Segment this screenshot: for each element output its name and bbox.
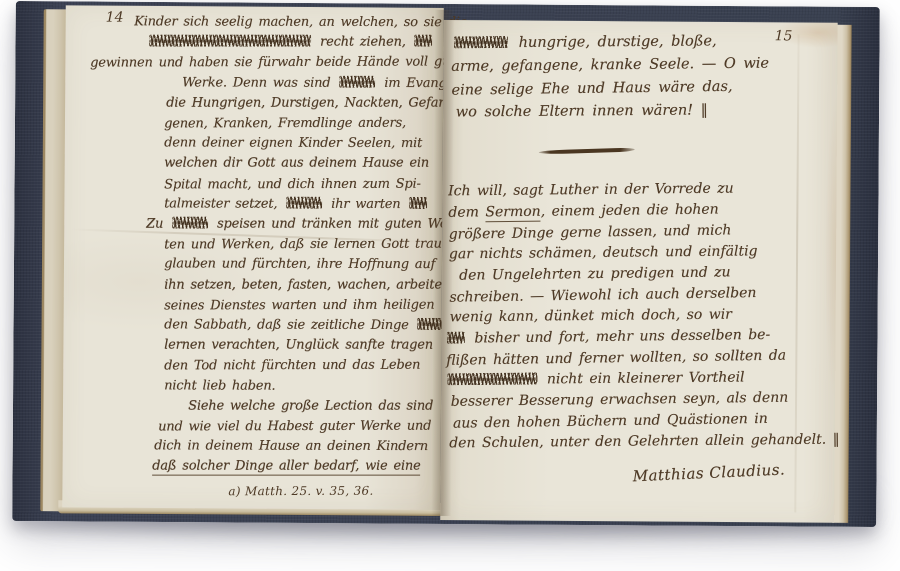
crossed-out-scribble bbox=[149, 35, 311, 47]
page-number-right: 15 bbox=[775, 28, 793, 44]
manuscript-line: die Hungrigen, Durstigen, Nackten, Gefan… bbox=[166, 93, 442, 113]
manuscript-line: glauben und fürchten, ihre Hoffnung auf bbox=[164, 255, 442, 276]
manuscript-line: Werke. Denn was sind im Evangelio bbox=[182, 73, 442, 94]
left-page: 14 Kinder sich seelig machen, an welchen… bbox=[62, 5, 443, 510]
manuscript-line: den Schulen, unter den Gelehrten allein … bbox=[449, 429, 840, 454]
right-page: 15 hungrige, durstige, bloße,arme, gefan… bbox=[440, 20, 837, 523]
crossed-out-scribble bbox=[415, 35, 433, 47]
crossed-out-scribble bbox=[454, 36, 508, 48]
crossed-out-scribble bbox=[339, 75, 375, 87]
manuscript-line: welchen dir Gott aus deinem Hause ein bbox=[164, 154, 442, 174]
photograph-backdrop: 14 Kinder sich seelig machen, an welchen… bbox=[0, 0, 900, 571]
handwritten-divider-stroke bbox=[539, 147, 635, 154]
manuscript-line: Ich will, sagt Luther in der Vorrede zu bbox=[448, 177, 837, 202]
manuscript-line: Zu speisen und tränken mit guten Wor- bbox=[146, 215, 442, 235]
manuscript-line: Siehe welche große Lection das sind bbox=[188, 397, 442, 417]
crossed-out-scribble bbox=[286, 196, 322, 208]
book-gutter bbox=[431, 10, 455, 516]
manuscript-line: und wie viel du Habest guter Werke und bbox=[158, 417, 442, 438]
manuscript-line: genen, Kranken, Fremdlinge anders, bbox=[164, 114, 442, 135]
right-page-paragraph-2: Ich will, sagt Luther in der Vorrede zud… bbox=[448, 177, 840, 455]
open-manuscript-book: 14 Kinder sich seelig machen, an welchen… bbox=[12, 1, 880, 527]
manuscript-line: ten und Werken, daß sie lernen Gott trau… bbox=[164, 235, 442, 256]
manuscript-line: dich in deinem Hause an deinen Kindern bbox=[154, 437, 442, 458]
underlined-text: daß solcher Dinge aller bedarf, wie eine bbox=[152, 459, 420, 476]
manuscript-line: hungrige, durstige, bloße, bbox=[451, 30, 769, 56]
footnote-citation: a) Matth. 25. v. 35, 36. bbox=[228, 484, 373, 499]
manuscript-line: den Tod nicht fürchten und das Leben bbox=[164, 356, 442, 377]
author-signature: Matthias Claudius. bbox=[632, 460, 785, 485]
manuscript-line: recht ziehen, bbox=[146, 33, 442, 53]
manuscript-line: seines Dienstes warten und ihm heiligen bbox=[164, 295, 442, 316]
manuscript-line: wenig kann, dünket mich doch, so wir bbox=[450, 303, 839, 328]
manuscript-line: denn deiner eignen Kinder Seelen, mit bbox=[164, 134, 442, 155]
manuscript-line: wo solche Eltern innen wären! ‖ bbox=[456, 99, 770, 125]
crossed-out-scribble bbox=[172, 217, 208, 229]
manuscript-line: den Sabbath, daß sie zeitliche Dinge bbox=[164, 315, 442, 336]
manuscript-line: ihn setzen, beten, fasten, wachen, arbei… bbox=[164, 275, 442, 295]
crossed-out-scribble bbox=[447, 372, 537, 385]
manuscript-line: lernen verachten, Unglück sanfte tragen bbox=[164, 336, 442, 356]
manuscript-line: arme, gefangene, kranke Seele. — O wie bbox=[451, 52, 769, 78]
manuscript-line: talmeister setzet, ihr warten bbox=[164, 194, 442, 215]
manuscript-line: daß solcher Dinge aller bedarf, wie eine bbox=[152, 457, 442, 477]
crossed-out-scribble bbox=[409, 197, 427, 209]
underlined-text: Sermon bbox=[485, 204, 541, 223]
manuscript-line: Kinder sich seelig machen, an welchen, s… bbox=[134, 12, 442, 33]
manuscript-line: gar nichts schämen, deutsch und einfälti… bbox=[449, 240, 838, 265]
manuscript-line: nicht ein kleinerer Vortheil bbox=[444, 366, 839, 391]
right-page-paragraph-1: hungrige, durstige, bloße,arme, gefangen… bbox=[451, 29, 770, 124]
manuscript-line: Spital macht, und dich ihnen zum Spi- bbox=[164, 174, 442, 195]
manuscript-line: gewinnen und haben sie fürwahr beide Hän… bbox=[90, 53, 442, 74]
left-page-text: Kinder sich seelig machen, an welchen, s… bbox=[64, 13, 442, 478]
manuscript-line: nicht lieb haben. bbox=[164, 376, 442, 397]
